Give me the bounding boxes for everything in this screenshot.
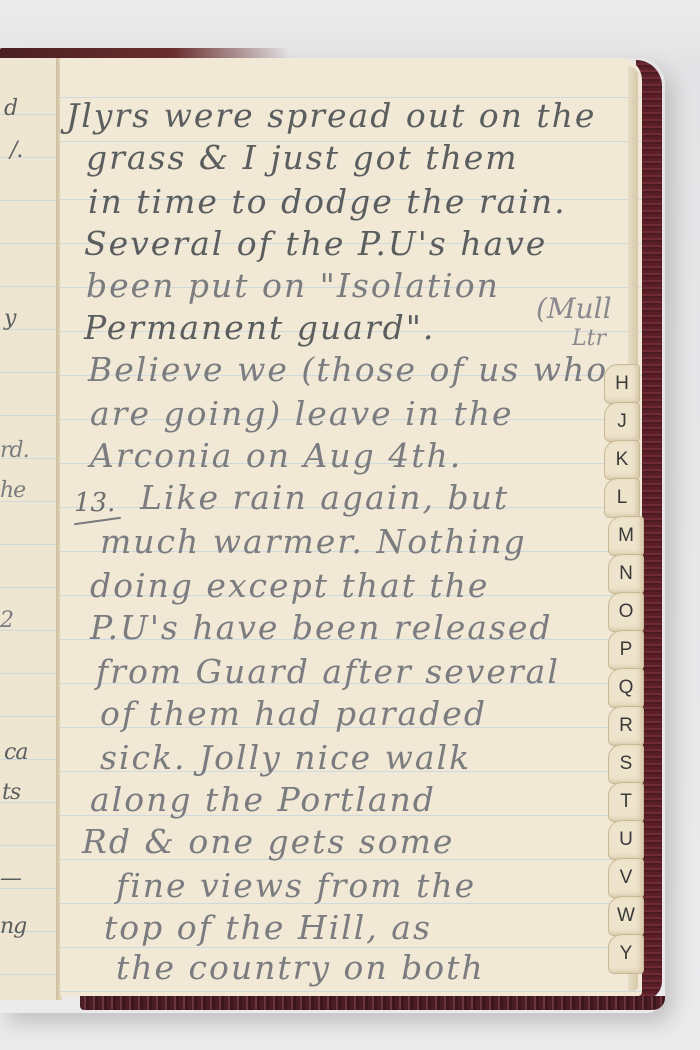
notebook-cover-bottom <box>80 996 665 1010</box>
left-fragment: ng <box>0 914 26 939</box>
text-line: Permanent guard". <box>84 308 435 347</box>
text-line: Believe we (those of us who <box>88 350 608 389</box>
text-line: Rd & one gets some <box>82 822 454 861</box>
index-tab-o[interactable]: O <box>608 592 644 632</box>
margin-note-line: (Mull <box>536 294 612 324</box>
text-line: along the Portland <box>90 780 436 819</box>
index-tab-s[interactable]: S <box>608 744 644 784</box>
left-fragment: he <box>0 478 25 503</box>
index-tab-y[interactable]: Y <box>608 934 644 974</box>
text-line: doing except that the <box>90 566 489 605</box>
left-fragment: 2 <box>0 608 13 633</box>
text-line: in time to dodge the rain. <box>88 182 567 221</box>
left-fragment: d <box>4 96 17 121</box>
index-tab-v[interactable]: V <box>608 858 644 898</box>
margin-note-line: Ltr <box>536 324 612 354</box>
left-fragment: ca <box>4 740 27 765</box>
alphabet-index-tabs: H J K L M N O P Q R S T U V W Y <box>604 364 644 976</box>
index-tab-l[interactable]: L <box>604 478 640 518</box>
text-line: sick. Jolly nice walk <box>100 738 471 777</box>
text-line: the country on both <box>116 948 485 987</box>
index-tab-t[interactable]: T <box>608 782 644 822</box>
index-tab-m[interactable]: M <box>608 516 644 556</box>
date-mark: 13. <box>74 488 115 518</box>
index-tab-h[interactable]: H <box>604 364 640 404</box>
text-line: P.U's have been released <box>90 608 552 647</box>
index-tab-u[interactable]: U <box>608 820 644 860</box>
index-tab-n[interactable]: N <box>608 554 644 594</box>
left-fragment: rd. <box>0 438 29 463</box>
text-line: from Guard after several <box>96 652 560 691</box>
left-fragment: /. <box>10 138 22 163</box>
text-line: fine views from the <box>116 866 476 905</box>
index-tab-j[interactable]: J <box>604 402 640 442</box>
left-fragment: — <box>0 866 21 891</box>
index-tab-q[interactable]: Q <box>608 668 644 708</box>
text-line: much warmer. Nothing <box>100 522 527 561</box>
text-line: Jlyrs were spread out on the <box>66 96 596 135</box>
text-line: grass & I just got them <box>86 138 519 177</box>
margin-note: (Mull Ltr <box>536 294 612 354</box>
text-line: Several of the P.U's have <box>84 224 547 263</box>
text-line: top of the Hill, as <box>104 908 432 947</box>
left-fragment: y <box>4 306 15 331</box>
index-tab-w[interactable]: W <box>608 896 644 936</box>
text-line: are going) leave in the <box>90 394 514 433</box>
text-line: Arconia on Aug 4th. <box>90 436 462 475</box>
index-tab-k[interactable]: K <box>604 440 640 480</box>
text-line: Like rain again, but <box>140 478 509 517</box>
left-page: d /. y rd. he 2 ca ts — ng <box>0 58 59 1000</box>
text-line: been put on "Isolation <box>86 266 500 305</box>
index-tab-p[interactable]: P <box>608 630 644 670</box>
text-line: of them had paraded <box>100 694 487 733</box>
left-fragment: ts <box>2 780 20 805</box>
index-tab-r[interactable]: R <box>608 706 644 746</box>
right-page: Jlyrs were spread out on the grass & I j… <box>60 58 642 996</box>
